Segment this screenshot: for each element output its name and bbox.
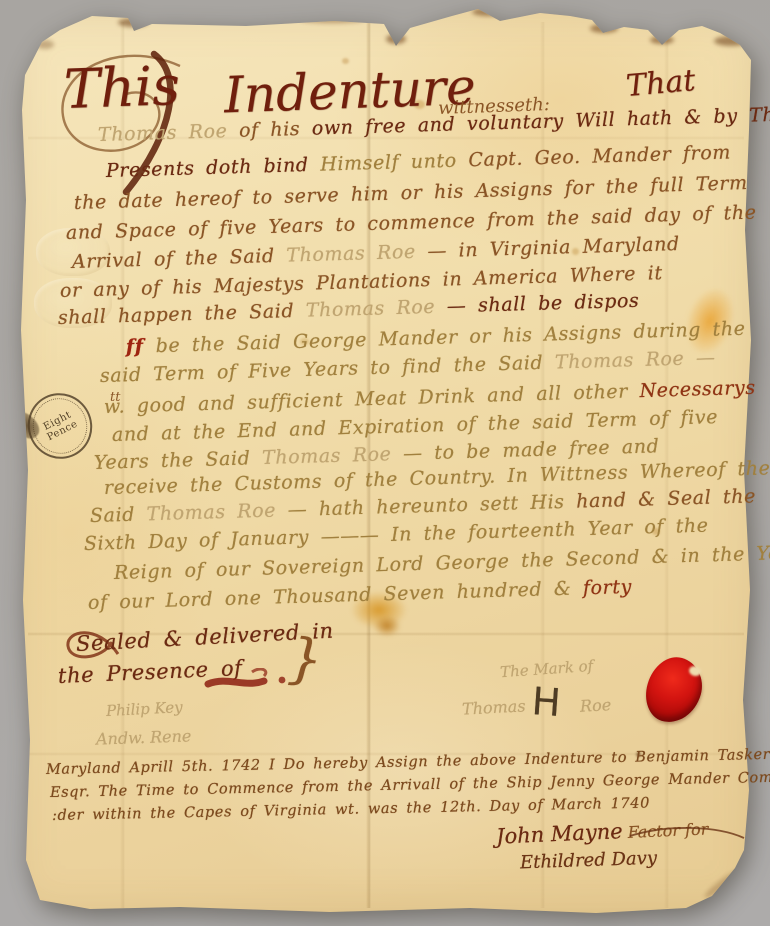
assignment-line-3: :der within the Capes of Virginia wt. wa… (52, 795, 650, 824)
ink-segment: Thomas Roe (305, 295, 447, 321)
ink-segment: Necessarys (639, 377, 756, 402)
ink-segment: said Term of Five Years to find the Said (100, 352, 556, 387)
ink-segment: Thomas Roe (262, 443, 404, 469)
mark-letter: H (531, 679, 563, 725)
ink-segment: — shall be dispos (447, 290, 640, 318)
title-word-this: This (63, 54, 181, 121)
witness-signature-1: Philip Key (106, 698, 184, 720)
ink-segment: :der within the Capes of Virginia wt. wa… (52, 795, 650, 824)
principal-signature: Ethildred Davy (520, 848, 658, 874)
ink-segment: Thomas Roe — (555, 347, 716, 374)
ink-segment: hand & Seal the (576, 485, 756, 512)
brace-glyph: } (286, 626, 325, 691)
photograph-background: Eight Pence This Indenture wittnesseth: … (0, 0, 770, 926)
ink-segment-correction: ff (126, 335, 156, 358)
title-word-that: That (625, 63, 697, 104)
ink-segment: Years the Said (94, 447, 263, 474)
ink-segment: Thomas Roe (286, 240, 428, 266)
ink-segment: Himself unto (320, 149, 469, 175)
ink-segment: Said (90, 503, 147, 527)
ink-segment: shall happen the Said (58, 300, 306, 329)
ink-segment: — in Virginia Maryland (427, 233, 680, 262)
ink-segment: of his (239, 118, 312, 142)
witness-signature-2: Andw. Rene (96, 726, 192, 748)
manuscript-ink-layer: This Indenture wittnesseth: That Thomas … (0, 0, 770, 926)
ink-segment: Arrival of the Said (72, 245, 287, 273)
ink-segment: of our Lord one Thousand Seven hundred & (88, 577, 584, 614)
mark-name-first: Thomas (462, 696, 526, 718)
mark-label: The Mark of (499, 657, 593, 681)
signature-flourish (628, 822, 748, 848)
ink-segment: — hath hereunto sett His (287, 491, 576, 522)
ink-segment: Capt. Geo. Mander from (468, 141, 731, 171)
ink-segment: forty (583, 576, 633, 599)
marginal-insertion-mark: tt (110, 390, 120, 405)
signature-name: John Mayne (496, 819, 624, 849)
ink-segment: Thomas Roe (98, 120, 240, 146)
ink-segment: — to be made free and (403, 435, 660, 465)
ink-segment: Thomas Roe (146, 499, 288, 525)
mark-name-last: Roe (580, 695, 612, 716)
witness-brace: } (286, 626, 325, 691)
